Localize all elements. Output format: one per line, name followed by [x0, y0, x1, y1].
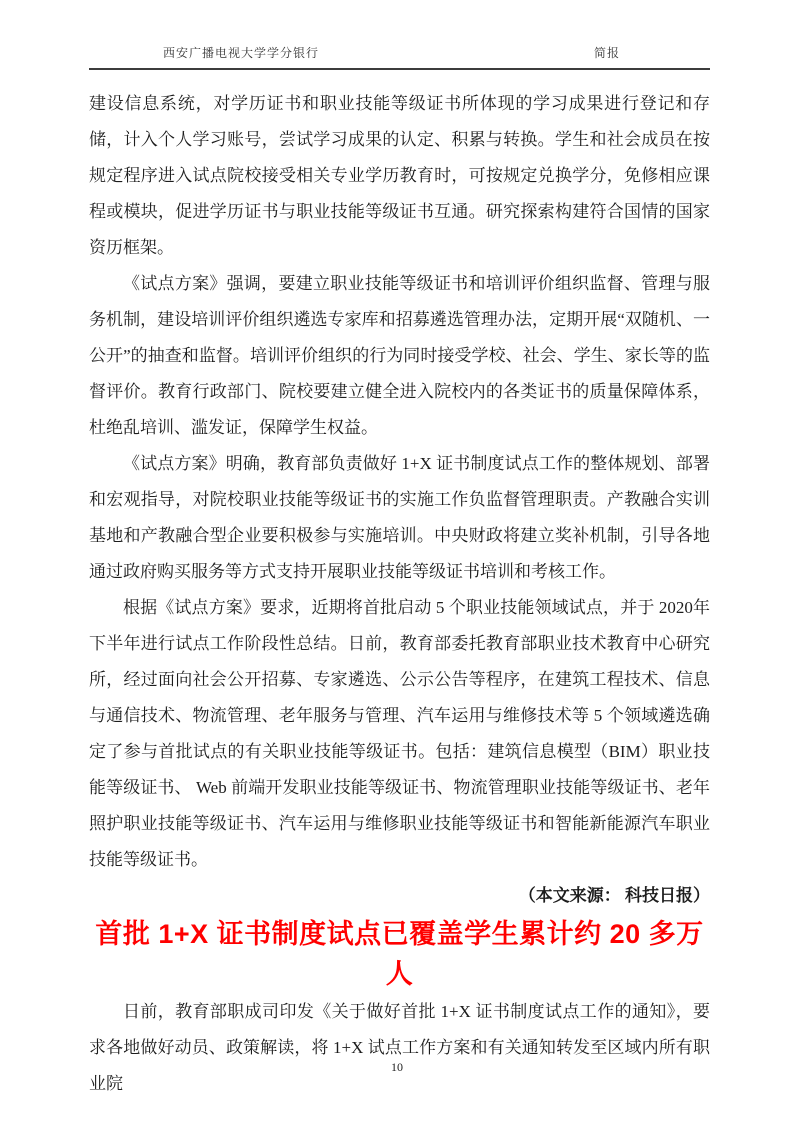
paragraph: 《试点方案》强调，要建立职业技能等级证书和培训评价组织监督、管理与服务机制，建设…: [89, 266, 710, 446]
header-left-title: 西安广播电视大学学分银行: [163, 44, 319, 61]
document-body: 建设信息系统，对学历证书和职业技能等级证书所体现的学习成果进行登记和存储，计入个…: [89, 86, 710, 1102]
page-header: 西安广播电视大学学分银行 简报: [89, 44, 710, 70]
article-title: 首批 1+X 证书制度试点已覆盖学生累计约 20 多万人: [89, 914, 710, 994]
paragraph: 根据《试点方案》要求，近期将首批启动 5 个职业技能领域试点，并于 2020年下…: [89, 590, 710, 878]
page-footer: 10: [0, 1060, 794, 1075]
page-number: 10: [391, 1060, 403, 1074]
paragraph: 建设信息系统，对学历证书和职业技能等级证书所体现的学习成果进行登记和存储，计入个…: [89, 86, 710, 266]
article-source: （本文来源： 科技日报）: [89, 878, 710, 914]
paragraph: 日前，教育部职成司印发《关于做好首批 1+X 证书制度试点工作的通知》，要求各地…: [89, 994, 710, 1102]
document-page: 西安广播电视大学学分银行 简报 建设信息系统，对学历证书和职业技能等级证书所体现…: [0, 0, 794, 1123]
header-right-label: 简报: [594, 44, 620, 61]
paragraph: 《试点方案》明确，教育部负责做好 1+X 证书制度试点工作的整体规划、部署和宏观…: [89, 446, 710, 590]
